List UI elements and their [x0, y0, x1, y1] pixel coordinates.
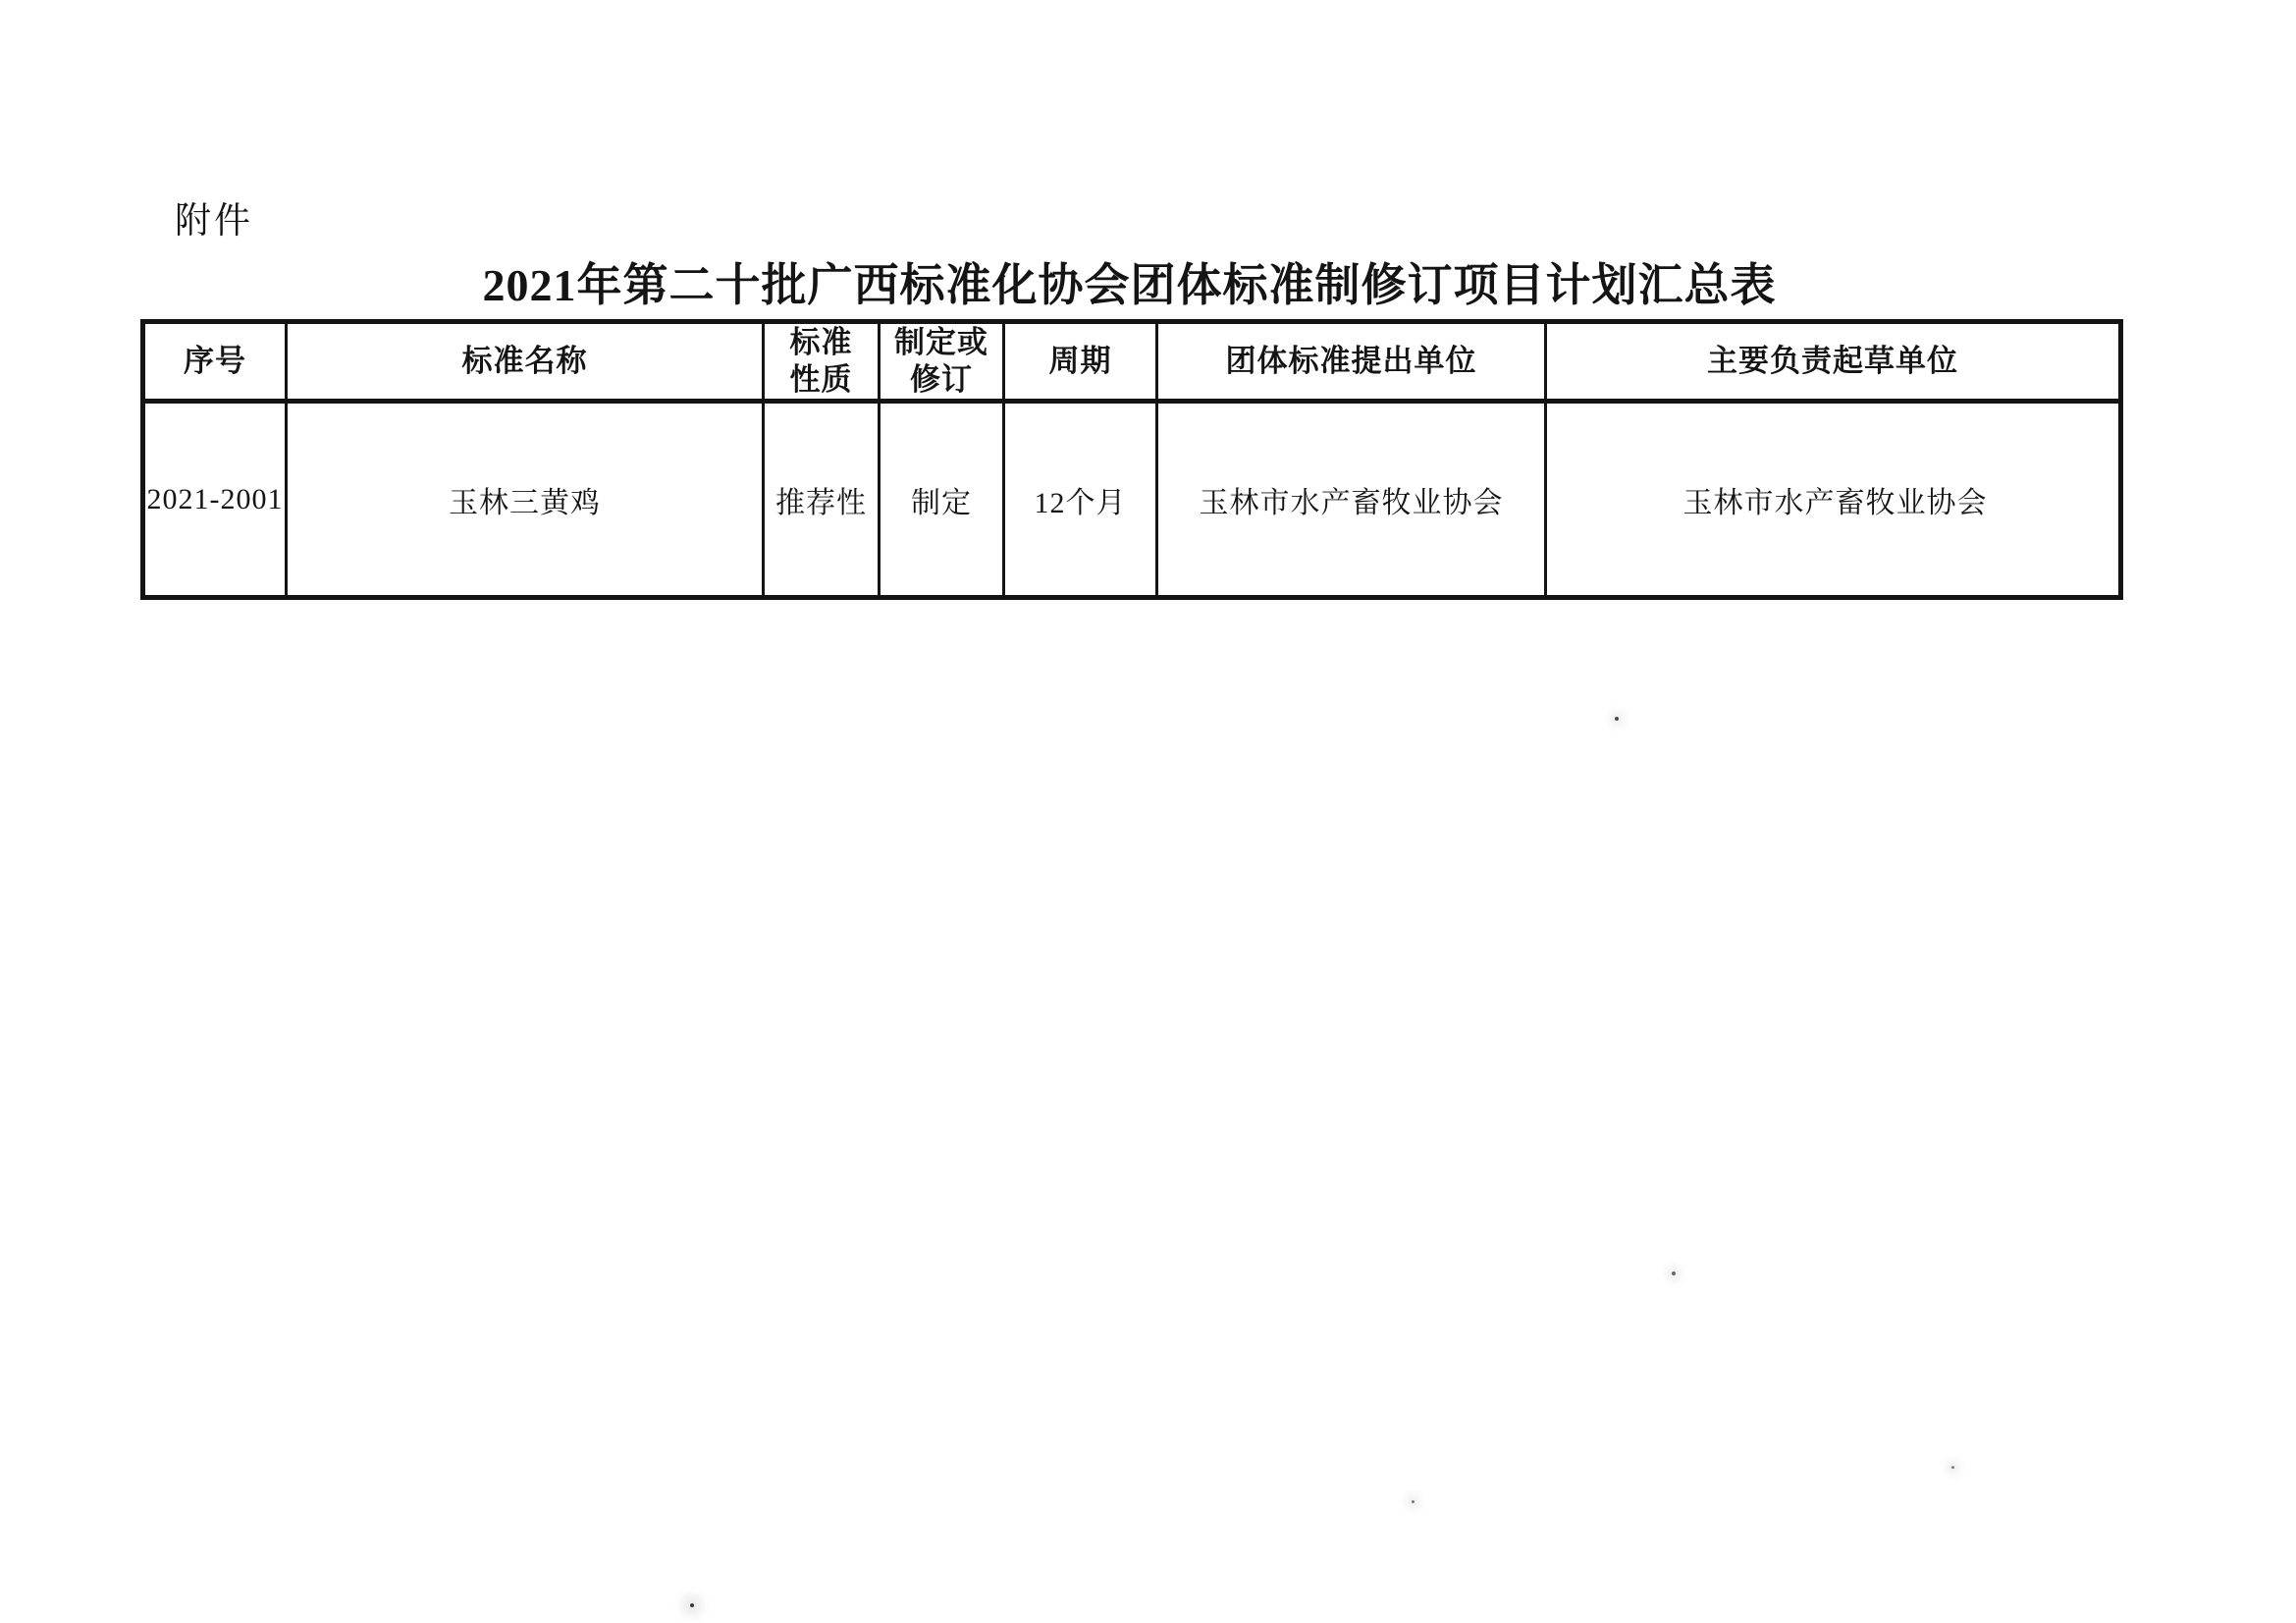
standards-plan-summary-table: 序号 标准名称 标准 性质 制定或 修订 周期 团体标准提出单位 [140, 319, 2123, 600]
scan-speck [1412, 1500, 1415, 1503]
table-header-row: 序号 标准名称 标准 性质 制定或 修订 周期 团体标准提出单位 [143, 322, 2121, 402]
cell-action: 制定 [880, 402, 1004, 598]
scan-speck [1672, 1271, 1676, 1275]
scan-speck [1951, 1466, 1954, 1469]
column-header-period-label: 周期 [1005, 343, 1155, 380]
cell-standard-name: 玉林三黄鸡 [287, 402, 764, 598]
scan-speck [1615, 717, 1619, 721]
cell-proposer: 玉林市水产畜牧业协会 [1157, 402, 1546, 598]
column-header-nature-line1: 标准 [765, 324, 878, 361]
scan-speck [690, 1603, 694, 1607]
column-header-nature-line2: 性质 [765, 361, 878, 399]
column-header-standard-name: 标准名称 [287, 322, 764, 402]
table-row: 2021-2001 玉林三黄鸡 推荐性 制定 12个月 玉林市水产畜牧业协会 玉… [143, 402, 2121, 598]
column-header-serial: 序号 [143, 322, 287, 402]
scanned-document-page: 附件 2021年第二十批广西标准化协会团体标准制修订项目计划汇总表 序号 标准名… [0, 0, 2296, 1623]
column-header-nature: 标准 性质 [764, 322, 880, 402]
cell-serial: 2021-2001 [143, 402, 287, 598]
cell-drafter: 玉林市水产畜牧业协会 [1546, 402, 2121, 598]
column-header-action-line2: 修订 [881, 361, 1002, 399]
document-title: 2021年第二十批广西标准化协会团体标准制修订项目计划汇总表 [140, 249, 2118, 314]
column-header-standard-name-label: 标准名称 [288, 343, 762, 380]
column-header-proposer-label: 团体标准提出单位 [1158, 343, 1544, 380]
column-header-serial-label: 序号 [145, 343, 285, 380]
cell-period: 12个月 [1004, 402, 1157, 598]
column-header-action-line1: 制定或 [881, 324, 1002, 361]
column-header-proposer: 团体标准提出单位 [1157, 322, 1546, 402]
column-header-period: 周期 [1004, 322, 1157, 402]
column-header-action: 制定或 修订 [880, 322, 1004, 402]
column-header-drafter: 主要负责起草单位 [1546, 322, 2121, 402]
cell-nature: 推荐性 [764, 402, 880, 598]
column-header-drafter-label: 主要负责起草单位 [1547, 343, 2118, 380]
attachment-label: 附件 [175, 190, 253, 243]
